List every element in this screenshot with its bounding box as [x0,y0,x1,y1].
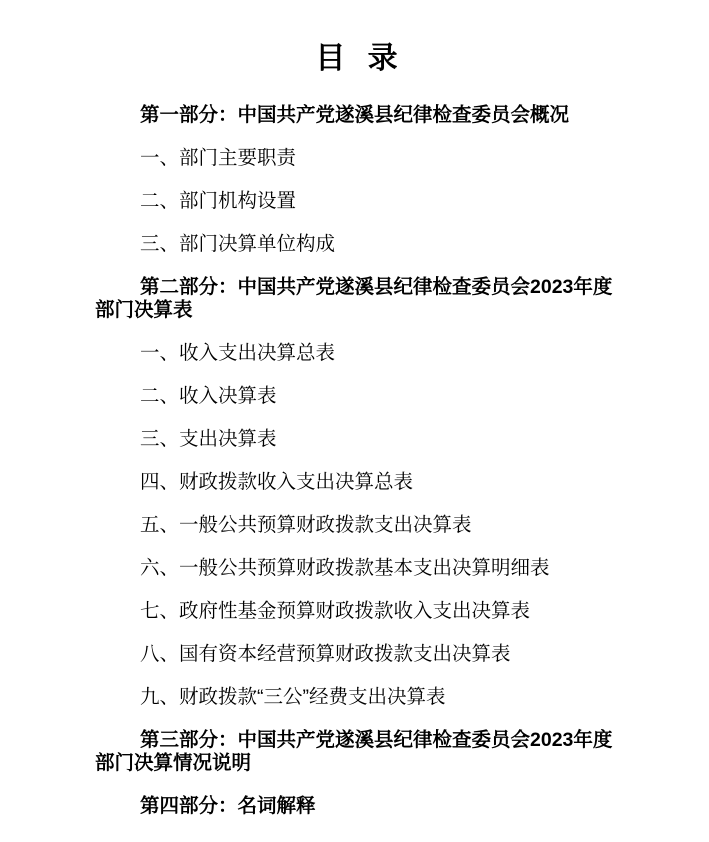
toc-item-part1-2: 二、部门机构设置 [95,190,620,213]
toc-section-heading-part3: 第三部分：中国共产党遂溪县纪律检查委员会2023年度部门决算情况说明 [95,729,620,775]
toc-item-part2-2: 二、收入决算表 [95,385,620,408]
toc-item-part2-3: 三、支出决算表 [95,428,620,451]
toc-item-part2-6: 六、一般公共预算财政拨款基本支出决算明细表 [95,557,620,580]
toc-item-part1-1: 一、部门主要职责 [95,147,620,170]
document-page: 目 录 第一部分：中国共产党遂溪县纪律检查委员会概况 一、部门主要职责 二、部门… [0,0,709,842]
toc-section-heading-part2: 第二部分：中国共产党遂溪县纪律检查委员会2023年度部门决算表 [95,276,620,322]
toc-item-part2-1: 一、收入支出决算总表 [95,342,620,365]
toc-item-part2-4: 四、财政拨款收入支出决算总表 [95,471,620,494]
toc-content: 目 录 第一部分：中国共产党遂溪县纪律检查委员会概况 一、部门主要职责 二、部门… [95,42,620,838]
document-title: 目 录 [95,42,620,76]
toc-item-part2-8: 八、国有资本经营预算财政拨款支出决算表 [95,643,620,666]
toc-item-part1-3: 三、部门决算单位构成 [95,233,620,256]
toc-item-part2-5: 五、一般公共预算财政拨款支出决算表 [95,514,620,537]
toc-item-part2-9: 九、财政拨款“三公”经费支出决算表 [95,686,620,709]
toc-section-heading-part4: 第四部分：名词解释 [95,795,620,818]
toc-item-part2-7: 七、政府性基金预算财政拨款收入支出决算表 [95,600,620,623]
toc-section-heading-part1: 第一部分：中国共产党遂溪县纪律检查委员会概况 [95,104,620,127]
